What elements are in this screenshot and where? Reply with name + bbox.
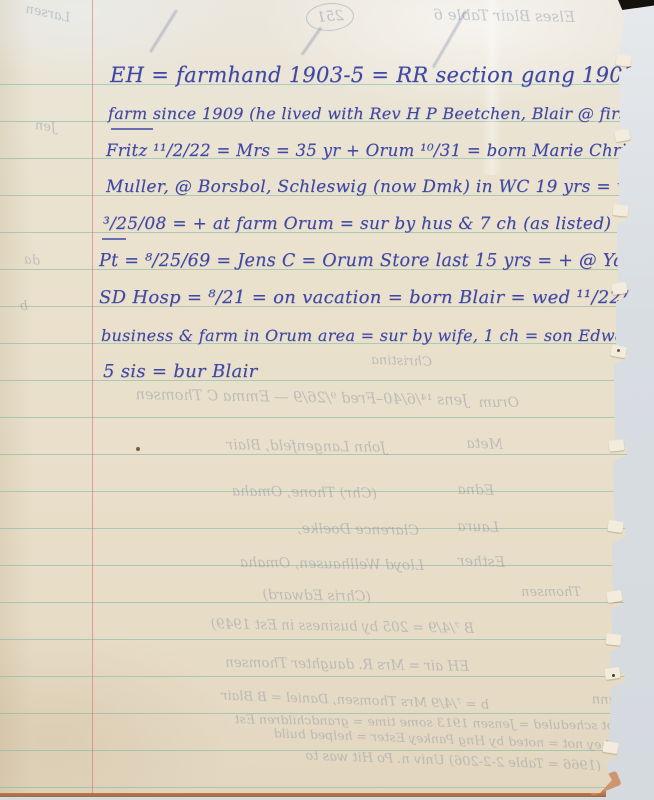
handwriting-line: Pt = ⁸/25/69 = Jens C = Orum Store last … (99, 253, 654, 271)
torn-tab (602, 741, 619, 754)
torn-tab (611, 282, 627, 295)
paper-sheet: 251 Elses Blair Table 6LarsenJendabChris… (0, 0, 654, 800)
torn-tab (612, 204, 628, 217)
handwriting-line: Fritz ¹¹/2/22 = Mrs = 35 yr + Orum ¹⁰/31… (106, 143, 654, 160)
handwriting-line: business & farm in Orum area = sur by wi… (101, 328, 654, 344)
ghost-stroke (149, 9, 178, 53)
bleedthrough-text: Orum (479, 396, 519, 410)
bleedthrough-text: Christina (371, 354, 432, 369)
ink-underline (111, 128, 153, 130)
bleedthrough-text: (Chris Edward) (262, 588, 371, 604)
handwriting-line: SD Hosp = ⁸/21 = on vacation = born Blai… (99, 289, 654, 307)
handwriting-line: farm since 1909 (he lived with Rev H P B… (108, 106, 641, 122)
bleedthrough-text: B Dunn (592, 693, 642, 708)
paper-speck (136, 447, 140, 451)
handwriting-line: 5 sis = bur Blair (103, 363, 258, 381)
edge-speck (617, 349, 620, 352)
page-number-oval: 251 (305, 1, 355, 32)
bleedthrough-text: b (20, 300, 28, 313)
torn-tab (607, 520, 623, 533)
page-number: 251 (316, 8, 344, 26)
bleedthrough-text: Lloyd Wellhausen, Omaha (240, 556, 424, 573)
bleedthrough-text: Thomsen (521, 586, 581, 599)
bleedthrough-text: Edna (457, 483, 494, 498)
margin-line (92, 0, 93, 793)
bleedthrough-text: Jen (34, 119, 57, 135)
handwriting-line: ³/25/08 = + at farm Orum = sur by hus & … (103, 216, 611, 233)
handwriting-line: EH = farmhand 1903-5 = RR section gang 1… (110, 65, 654, 86)
scan-corner-artifact (618, 0, 654, 10)
bleedthrough-text: Clarence Doelke, (297, 522, 419, 538)
bleedthrough-text: da (23, 253, 40, 268)
ink-underline (102, 238, 126, 240)
bleedthrough-text: (Chr) Thone, Omaha (232, 484, 377, 501)
torn-tab (615, 54, 631, 67)
scanned-ledger-page: 251 Elses Blair Table 6LarsenJendabChris… (0, 0, 654, 800)
torn-tab (608, 439, 624, 452)
bleedthrough-text: Meta (466, 437, 503, 452)
torn-tab (605, 633, 621, 646)
bleedthrough-text: John Langenfeld, Blair (226, 438, 386, 455)
bleedthrough-text: Larsen (24, 3, 71, 25)
bleedthrough-text: Esther (458, 554, 505, 570)
bleedthrough-text: Elses Blair Table 6 (433, 8, 575, 25)
handwriting-line: Muller, @ Borsbol, Schleswig (now Dmk) i… (106, 179, 653, 196)
edge-speck (612, 674, 615, 677)
bleedthrough-text: Laura (457, 520, 499, 535)
